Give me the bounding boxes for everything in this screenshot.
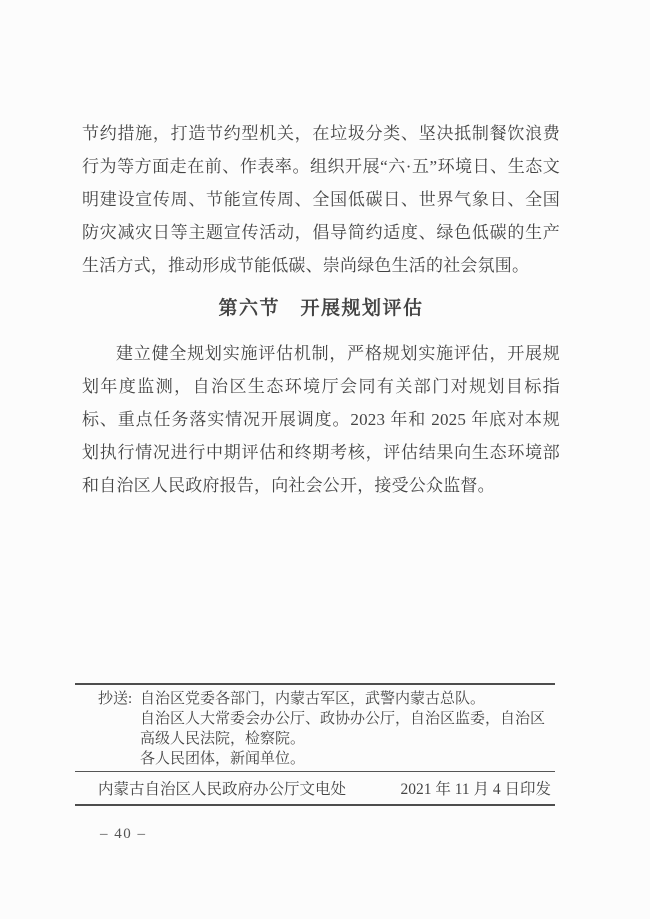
document-body: 节约措施，打造节约型机关，在垃圾分类、坚决抵制餐饮浪费行为等方面走在前、作表率。…: [82, 117, 560, 502]
body-paragraph-2: 建立健全规划实施评估机制，严格规划实施评估，开展规划年度监测，自治区生态环境厅会…: [82, 337, 560, 502]
section-heading: 第六节 开展规划评估: [82, 292, 560, 325]
cc-line: 自治区党委各部门，内蒙古军区，武警内蒙古总队。: [140, 689, 555, 709]
issuing-office: 内蒙古自治区人民政府办公厅文电处: [98, 777, 346, 799]
issuer-row: 内蒙古自治区人民政府办公厅文电处 2021 年 11 月 4 日印发: [75, 772, 555, 804]
cc-line: 各人民团体，新闻单位。: [140, 749, 555, 769]
cc-label: 抄送:: [98, 689, 132, 709]
document-page: 节约措施，打造节约型机关，在垃圾分类、坚决抵制餐饮浪费行为等方面走在前、作表率。…: [0, 0, 650, 919]
body-paragraph-1: 节约措施，打造节约型机关，在垃圾分类、坚决抵制餐饮浪费行为等方面走在前、作表率。…: [82, 117, 560, 282]
cc-section: 抄送: 自治区党委各部门，内蒙古军区，武警内蒙古总队。 自治区人大常委会办公厅、…: [75, 685, 555, 771]
cc-line: 自治区人大常委会办公厅、政协办公厅，自治区监委，自治区: [140, 709, 555, 729]
separator-line-bottom: [75, 804, 555, 806]
print-date: 2021 年 11 月 4 日印发: [400, 777, 551, 799]
distribution-footer: 抄送: 自治区党委各部门，内蒙古军区，武警内蒙古总队。 自治区人大常委会办公厅、…: [75, 683, 555, 806]
page-number: – 40 –: [100, 826, 147, 843]
cc-line: 高级人民法院，检察院。: [140, 729, 555, 749]
